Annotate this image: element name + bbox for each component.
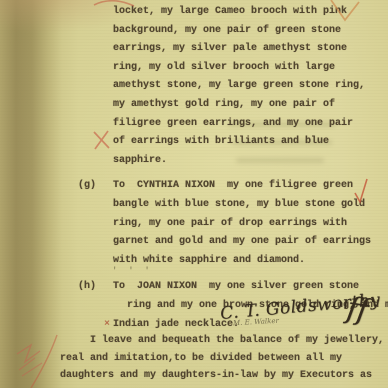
- red-x-mark: ×: [104, 316, 110, 335]
- typed-line: my amethyst gold ring, my one pair of: [60, 96, 386, 115]
- typed-line: daughters and my daughters-in-law by my …: [60, 367, 386, 385]
- typed-line: with white sapphire and diamond.: [60, 252, 386, 271]
- clause-g: (g)To CYNTHIA NIXON my one filigree gree…: [60, 177, 386, 270]
- typed-line: garnet and gold and my one pair of earri…: [60, 233, 386, 252]
- red-scribble-line: [31, 335, 57, 388]
- typed-line: bangle with blue stone, my blue stone go…: [60, 196, 386, 215]
- typed-line: amethyst stone, my large green stone rin…: [60, 77, 386, 96]
- typewritten-will-page: locket, my large Cameo brooch with pink …: [0, 0, 388, 388]
- typed-line: of earrings with brilliants and blue: [60, 133, 386, 152]
- pencil-tick-marks: ' ' ': [112, 266, 150, 276]
- continuation-paragraph: locket, my large Cameo brooch with pink …: [60, 3, 386, 170]
- typed-line: ring, my one pair of drop earrings with: [60, 215, 386, 234]
- typed-line: locket, my large Cameo brooch with pink: [60, 3, 386, 22]
- red-scribble-mark: [19, 358, 42, 376]
- closing-paragraph: I leave and bequeath the balance of my j…: [60, 332, 386, 385]
- typed-line: filigree green earrings, and my one pair: [60, 115, 386, 134]
- typed-line: earrings, my silver pale amethyst stone: [60, 40, 386, 59]
- typed-line: real and imitation,to be divided between…: [60, 350, 386, 368]
- typed-line: ring, my old silver brooch with large: [60, 59, 386, 78]
- paragraph-gap: [60, 170, 386, 177]
- typed-line: background, my one pair of green stone: [60, 22, 386, 41]
- clause-h-first-line-red-underlined: To JOAN NIXON my one silver green stone: [113, 281, 359, 292]
- clause-label: (g): [78, 177, 113, 196]
- clause-g-first-line: To CYNTHIA NIXON my one filigree green: [113, 180, 353, 191]
- paragraph-gap: [60, 270, 386, 278]
- typed-line: sapphire.: [60, 152, 386, 171]
- red-scribble-mark: [17, 345, 40, 362]
- typed-text-block: locket, my large Cameo brooch with pink …: [60, 3, 386, 385]
- typed-line: (g)To CYNTHIA NIXON my one filigree gree…: [60, 177, 386, 196]
- typed-line: I leave and bequeath the balance of my j…: [60, 332, 386, 350]
- clause-label: (h): [78, 278, 113, 297]
